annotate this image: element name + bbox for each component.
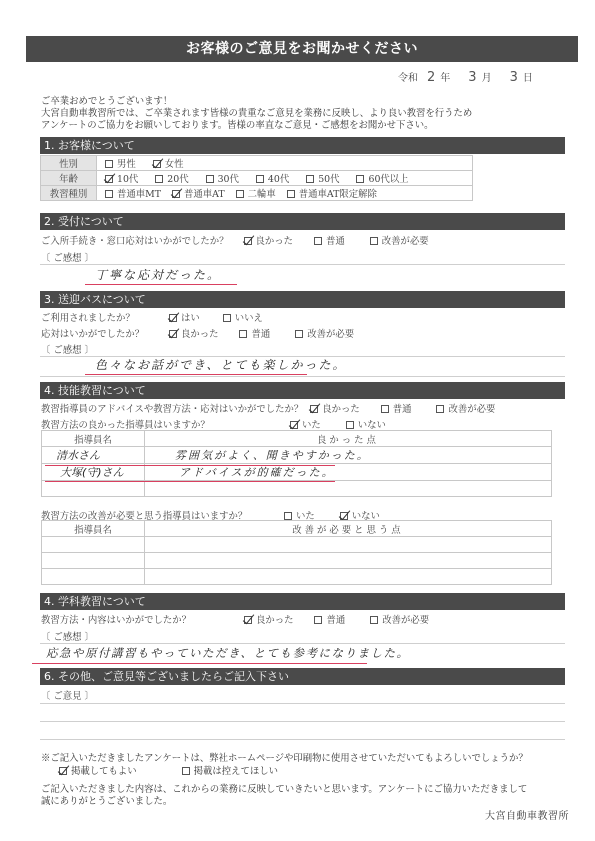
option-label: 良かった [256, 615, 294, 626]
closing-message: ご記入いただきました内容は、これからの業務に反映していきたいと思います。アンケー… [41, 784, 527, 808]
table-header-row: 指導員名 良かった点 [42, 431, 552, 447]
option-label: 掲載は控えてほしい [194, 766, 278, 777]
form-title: お客様のご意見をお聞かせください [26, 36, 578, 62]
gender-options: 男性 女性 [97, 156, 473, 171]
option-label: 改善が必要 [382, 615, 429, 626]
option-motorcycle[interactable]: 二輪車 [236, 186, 276, 200]
age-options: 10代 20代 30代 40代 50代 60代以上 [97, 171, 473, 186]
option-male[interactable]: 男性 [105, 156, 136, 170]
improvement-point-cell[interactable] [145, 537, 552, 553]
checkbox-checked-icon[interactable] [290, 421, 298, 429]
option-label: 普通 [326, 236, 345, 247]
checkbox-checked-icon[interactable] [105, 175, 113, 183]
checkbox-icon[interactable] [370, 237, 378, 245]
checkbox-icon[interactable] [314, 237, 322, 245]
option-age-30s[interactable]: 30代 [206, 171, 239, 185]
option-label: 良かった [181, 329, 219, 340]
ruled-line [40, 376, 565, 377]
checkbox-checked-icon[interactable] [169, 330, 177, 338]
option-label: 50代 [318, 174, 339, 185]
option-label: 普通 [393, 404, 412, 415]
table-header-row: 指導員名 改善が必要と思う点 [42, 521, 552, 537]
course-type-row: 教習種別 普通車MT 普通車AT 二輪車 普通車AT限定解除 [41, 186, 473, 201]
question-text: 教習指導員のアドバイスや教習方法・応対はいかがでしたか？ [41, 404, 303, 415]
intro-text: ご卒業おめでとうございます！ 大宮自動車教習所では、ご卒業されます皆様の貴重なご… [41, 96, 472, 132]
section-header-shuttle-bus: 3. 送迎バスについて [40, 291, 565, 308]
red-underline [45, 465, 335, 466]
option-female[interactable]: 女性 [153, 156, 184, 170]
question-text: ご入所手続き・窓口応対はいかがでしたか？ [41, 236, 229, 247]
option-label: 普通車AT限定解除 [299, 189, 377, 200]
consent-question: ※ご記入いただきましたアンケートは、弊社ホームページや印刷物に使用させていただい… [41, 752, 528, 765]
instructor-name-cell[interactable] [42, 481, 145, 497]
section-header-classroom-lessons: 4. 学科教習について [40, 593, 565, 610]
age-label: 年齢 [41, 171, 97, 186]
checkbox-checked-icon[interactable] [59, 767, 67, 775]
option-needs-improvement[interactable]: 改善が必要 [295, 326, 354, 340]
date-month[interactable]: 3 [468, 70, 476, 85]
classroom-question: 教習方法・内容はいかがでしたか？ 良かった 普通 改善が必要 [41, 612, 429, 626]
option-none[interactable]: いない [346, 417, 386, 431]
instructor-name-cell[interactable] [42, 537, 145, 553]
option-label: 女性 [165, 159, 184, 170]
option-yes-there-was[interactable]: いた [290, 417, 321, 431]
ruled-line [40, 643, 565, 644]
option-allow-publication[interactable]: 掲載してもよい [59, 765, 137, 778]
checkbox-icon[interactable] [105, 160, 113, 168]
option-needs-improvement[interactable]: 改善が必要 [370, 233, 429, 247]
option-label: 改善が必要 [448, 404, 495, 415]
ruled-line [40, 264, 565, 265]
reception-comment[interactable]: 丁寧な応対だった。 [95, 266, 221, 283]
good-point-cell[interactable]: アドバイスが的確だった。 [145, 464, 552, 481]
checkbox-icon[interactable] [295, 330, 303, 338]
date-month-label: 月 [482, 73, 492, 84]
checkbox-icon[interactable] [356, 175, 364, 183]
column-header-good-points: 良かった点 [145, 431, 552, 447]
checkbox-icon[interactable] [370, 616, 378, 624]
option-label: 男性 [117, 159, 136, 170]
option-label: 普通車MT [117, 189, 161, 200]
classroom-comment[interactable]: 応急や原付講習もやっていただき、とても参考になりました。 [46, 645, 410, 661]
option-label: 掲載してもよい [71, 766, 137, 777]
comment-label: 〔 ご意見 〕 [41, 688, 94, 702]
shuttle-comment[interactable]: 色々なお話ができ、とても楽しかった。 [95, 356, 347, 373]
option-label: 改善が必要 [307, 329, 354, 340]
instructor-name-cell[interactable] [42, 553, 145, 569]
checkbox-checked-icon[interactable] [169, 314, 177, 322]
checkbox-checked-icon[interactable] [244, 237, 252, 245]
option-label: 改善が必要 [382, 236, 429, 247]
gender-row: 性別 男性 女性 [41, 156, 473, 171]
option-age-40s[interactable]: 40代 [256, 171, 289, 185]
checkbox-icon[interactable] [236, 190, 244, 198]
comment-label: 〔 ご感想 〕 [41, 250, 94, 264]
intro-line: ご卒業おめでとうございます！ [41, 96, 472, 108]
option-good[interactable]: 良かった [244, 233, 294, 247]
table-row [42, 553, 552, 569]
publication-consent: ※ご記入いただきましたアンケートは、弊社ホームページや印刷物に使用させていただい… [41, 752, 528, 778]
ruled-line [40, 739, 565, 740]
option-label: 20代 [167, 174, 188, 185]
checkbox-icon[interactable] [314, 616, 322, 624]
question-text: ご利用されましたか？ [41, 310, 166, 324]
option-label: 10代 [117, 174, 138, 185]
option-good[interactable]: 良かった [244, 612, 294, 626]
red-underline [85, 374, 307, 375]
date-line: 令和2年3月3日 [398, 69, 533, 85]
improvement-point-cell[interactable] [145, 569, 552, 585]
comment-label: 〔 ご感想 〕 [41, 342, 94, 356]
option-normal[interactable]: 普通 [314, 612, 345, 626]
option-normal[interactable]: 普通 [314, 233, 345, 247]
date-day-label: 日 [523, 73, 533, 84]
checkbox-icon[interactable] [284, 512, 292, 520]
improvement-point-cell[interactable] [145, 553, 552, 569]
table-row: 大塚(守)さん アドバイスが的確だった。 [42, 464, 552, 481]
option-needs-improvement[interactable]: 改善が必要 [436, 401, 495, 415]
good-instructor-question: 教習方法の良かった指導員はいますか？ いた いない [41, 417, 386, 431]
date-year[interactable]: 2 [427, 70, 435, 85]
gender-label: 性別 [41, 156, 97, 171]
option-at[interactable]: 普通車AT [172, 186, 225, 200]
checkbox-icon[interactable] [155, 175, 163, 183]
option-label: 普通 [251, 329, 270, 340]
intro-line: 大宮自動車教習所では、ご卒業されます皆様の貴重なご意見を業務に反映し、より良い教… [41, 108, 472, 120]
table-row [42, 481, 552, 497]
option-label: 良かった [256, 236, 294, 247]
column-header-instructor-name: 指導員名 [42, 521, 145, 537]
customer-info-table: 性別 男性 女性 年齢 10代 20代 30代 40代 50代 60代以上 教習… [40, 155, 473, 201]
good-instructor-table: 指導員名 良かった点 清水さん 雰囲気がよく、聞きやすかった。 大塚(守)さん … [41, 430, 552, 497]
option-label: 良かった [322, 404, 360, 415]
bus-service-question: 応対はいかがでしたか？ 良かった 普通 改善が必要 [41, 326, 354, 340]
option-yes[interactable]: はい [169, 310, 200, 324]
course-type-options: 普通車MT 普通車AT 二輪車 普通車AT限定解除 [97, 186, 473, 201]
other-comments-input[interactable] [40, 704, 565, 738]
red-underline [45, 481, 335, 482]
option-normal[interactable]: 普通 [239, 326, 270, 340]
checkbox-checked-icon[interactable] [172, 190, 180, 198]
date-year-label: 年 [440, 73, 450, 84]
option-decline-publication[interactable]: 掲載は控えてほしい [182, 765, 278, 778]
option-age-50s[interactable]: 50代 [306, 171, 339, 185]
section-header-customer: 1. お客様について [40, 137, 565, 154]
table-row: 清水さん 雰囲気がよく、聞きやすかった。 [42, 447, 552, 464]
comment-label: 〔 ご感想 〕 [41, 629, 94, 643]
option-normal[interactable]: 普通 [381, 401, 412, 415]
option-mt[interactable]: 普通車MT [105, 186, 161, 200]
table-row [42, 569, 552, 585]
option-age-10s[interactable]: 10代 [105, 171, 138, 185]
checkbox-icon[interactable] [306, 175, 314, 183]
checkbox-checked-icon[interactable] [153, 160, 161, 168]
instructor-name-cell[interactable] [42, 569, 145, 585]
good-point-cell[interactable] [145, 481, 552, 497]
option-label: 60代以上 [368, 174, 408, 185]
checkbox-icon[interactable] [206, 175, 214, 183]
instructor-name-cell[interactable]: 清水さん [42, 447, 145, 464]
option-label: 30代 [218, 174, 239, 185]
checkbox-icon[interactable] [105, 190, 113, 198]
option-good[interactable]: 良かった [310, 401, 360, 415]
option-label: 普通車AT [184, 189, 225, 200]
section-header-practical-lessons: 4. 技能教習について [40, 382, 565, 399]
date-day[interactable]: 3 [510, 70, 518, 85]
option-label: 二輪車 [248, 189, 276, 200]
checkbox-checked-icon[interactable] [310, 405, 318, 413]
checkbox-icon[interactable] [436, 405, 444, 413]
checkbox-icon[interactable] [287, 190, 295, 198]
age-row: 年齢 10代 20代 30代 40代 50代 60代以上 [41, 171, 473, 186]
closing-line: 誠にありがとうございました。 [41, 796, 527, 808]
option-needs-improvement[interactable]: 改善が必要 [370, 612, 429, 626]
instructor-rating-question: 教習指導員のアドバイスや教習方法・応対はいかがでしたか？ 良かった 普通 改善が… [41, 401, 495, 415]
date-era: 令和 [398, 73, 418, 84]
reception-question: ご入所手続き・窓口応対はいかがでしたか？ 良かった 普通 改善が必要 [41, 233, 429, 247]
option-label: 普通 [326, 615, 345, 626]
option-label: はい [181, 313, 200, 324]
checkbox-icon[interactable] [182, 767, 190, 775]
option-label: いいえ [235, 313, 263, 324]
option-age-60s-plus[interactable]: 60代以上 [356, 171, 408, 185]
intro-line: アンケートのご協力をお願いしております。皆様の率直なご意見・ご感想をお聞かせ下さ… [41, 120, 472, 132]
checkbox-icon[interactable] [223, 314, 231, 322]
option-no[interactable]: いいえ [223, 310, 263, 324]
closing-line: ご記入いただきました内容は、これからの業務に反映していきたいと思います。アンケー… [41, 784, 527, 796]
red-underline [85, 284, 237, 285]
bus-usage-question: ご利用されましたか？ はい いいえ [41, 310, 263, 324]
red-underline [32, 663, 367, 664]
option-age-20s[interactable]: 20代 [155, 171, 188, 185]
checkbox-icon[interactable] [346, 421, 354, 429]
improve-instructor-table: 指導員名 改善が必要と思う点 [41, 520, 552, 585]
question-text: 応対はいかがでしたか？ [41, 326, 166, 340]
checkbox-icon[interactable] [239, 330, 247, 338]
checkbox-checked-icon[interactable] [340, 512, 348, 520]
section-header-reception: 2. 受付について [40, 213, 565, 230]
checkbox-icon[interactable] [381, 405, 389, 413]
question-text: 教習方法・内容はいかがでしたか？ [41, 612, 241, 626]
column-header-instructor-name: 指導員名 [42, 431, 145, 447]
instructor-name-cell[interactable]: 大塚(守)さん [42, 464, 145, 481]
checkbox-icon[interactable] [256, 175, 264, 183]
good-point-cell[interactable]: 雰囲気がよく、聞きやすかった。 [145, 447, 552, 464]
checkbox-checked-icon[interactable] [244, 616, 252, 624]
option-at-limit-removal[interactable]: 普通車AT限定解除 [287, 186, 377, 200]
section-header-other-comments: 6. その他、ご意見等ございましたらご記入下さい [40, 668, 565, 685]
option-good[interactable]: 良かった [169, 326, 219, 340]
question-text: 教習方法の良かった指導員はいますか？ [41, 417, 287, 431]
school-signature: 大宮自動車教習所 [485, 807, 569, 822]
course-type-label: 教習種別 [41, 186, 97, 201]
column-header-improvement-points: 改善が必要と思う点 [145, 521, 552, 537]
table-row [42, 537, 552, 553]
option-label: 40代 [268, 174, 289, 185]
